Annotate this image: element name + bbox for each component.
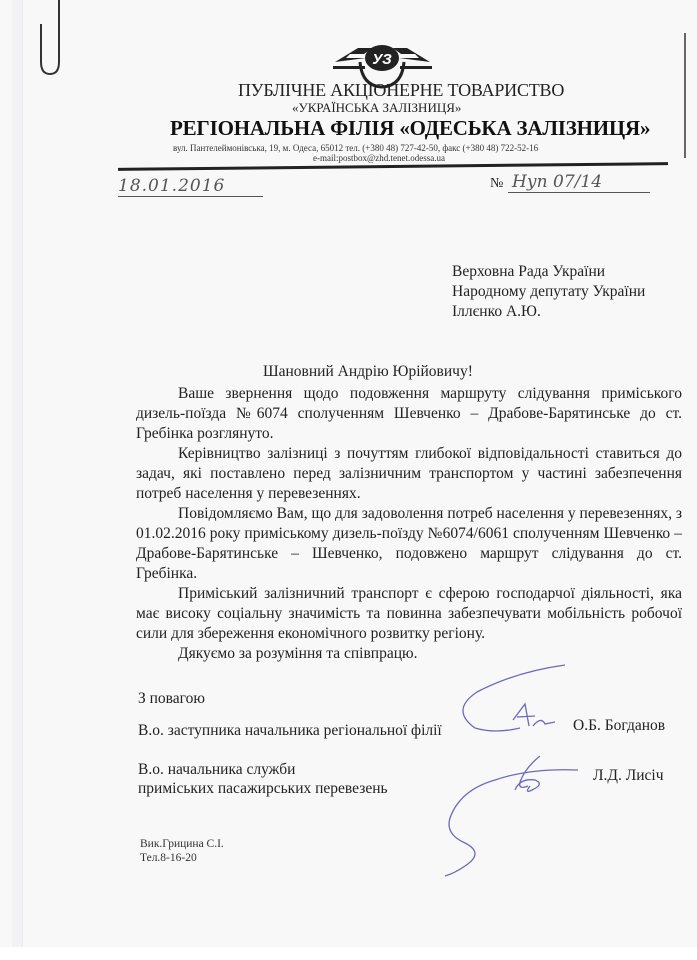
company-name-quoted: «УКРАЇНСЬКА ЗАЛІЗНИЦЯ» <box>292 100 461 116</box>
number-underline <box>508 192 650 193</box>
signatory-name: Л.Д. Лисіч <box>593 767 664 785</box>
letter-date: 18.01.2016 <box>118 176 225 196</box>
letter-page: УЗ ПУБЛІЧНЕ АКЦІОНЕРНЕ ТОВАРИСТВО «УКРАЇ… <box>0 0 697 947</box>
closing: З повагою <box>138 690 205 708</box>
paperclip-icon <box>30 0 70 80</box>
executor-name: Вик.Грицина С.І. <box>140 838 224 850</box>
company-address: вул. Пантелеймонівська, 19, м. Одеса, 65… <box>173 143 538 153</box>
recipient-line: Іллєнко А.Ю. <box>452 302 645 322</box>
letter-number: Нуп 07/14 <box>512 172 602 192</box>
signatory-position: приміських пасажирських перевезень <box>138 780 388 798</box>
paragraph: Керівництво залізниці з почуттям глибоко… <box>136 444 682 504</box>
recipient-line: Верховна Рада України <box>452 262 645 282</box>
paragraph: Повідомляємо Вам, що для задоволення пот… <box>136 504 682 584</box>
paragraph: Приміський залізничний транспорт є сферо… <box>136 584 682 644</box>
signatory-position: В.о. заступника начальника регіональної … <box>138 722 442 740</box>
signature-bogdanov-icon <box>455 662 575 737</box>
signatory-position: В.о. начальника служби <box>138 761 295 779</box>
paragraph: Ваше звернення щодо подовження маршруту … <box>136 384 682 444</box>
recipient-line: Народному депутату України <box>452 282 645 302</box>
date-underline <box>118 196 263 197</box>
header-rule <box>118 162 668 171</box>
greeting: Шановний Андрію Юрійовичу! <box>263 363 473 381</box>
executor-phone: Тел.8-16-20 <box>140 852 197 864</box>
page-edge <box>12 0 23 947</box>
company-email: e-mail:postbox@zhd.tenet.odessa.ua <box>313 153 445 163</box>
branch-name: РЕГІОНАЛЬНА ФІЛІЯ «ОДЕСЬКА ЗАЛІЗНИЦЯ» <box>170 116 650 141</box>
paragraph: Дякуємо за розуміння та співпрацю. <box>136 644 682 664</box>
company-name: ПУБЛІЧНЕ АКЦІОНЕРНЕ ТОВАРИСТВО <box>238 80 564 101</box>
signatory-name: О.Б. Богданов <box>573 717 665 735</box>
margin-mark <box>684 33 686 158</box>
letter-body: Ваше звернення щодо подовження маршруту … <box>136 384 682 664</box>
recipient-block: Верховна Рада України Народному депутату… <box>452 262 645 322</box>
svg-text:УЗ: УЗ <box>372 51 392 68</box>
number-label: № <box>490 176 503 192</box>
signature-lysich-icon: @ <box>440 748 580 878</box>
